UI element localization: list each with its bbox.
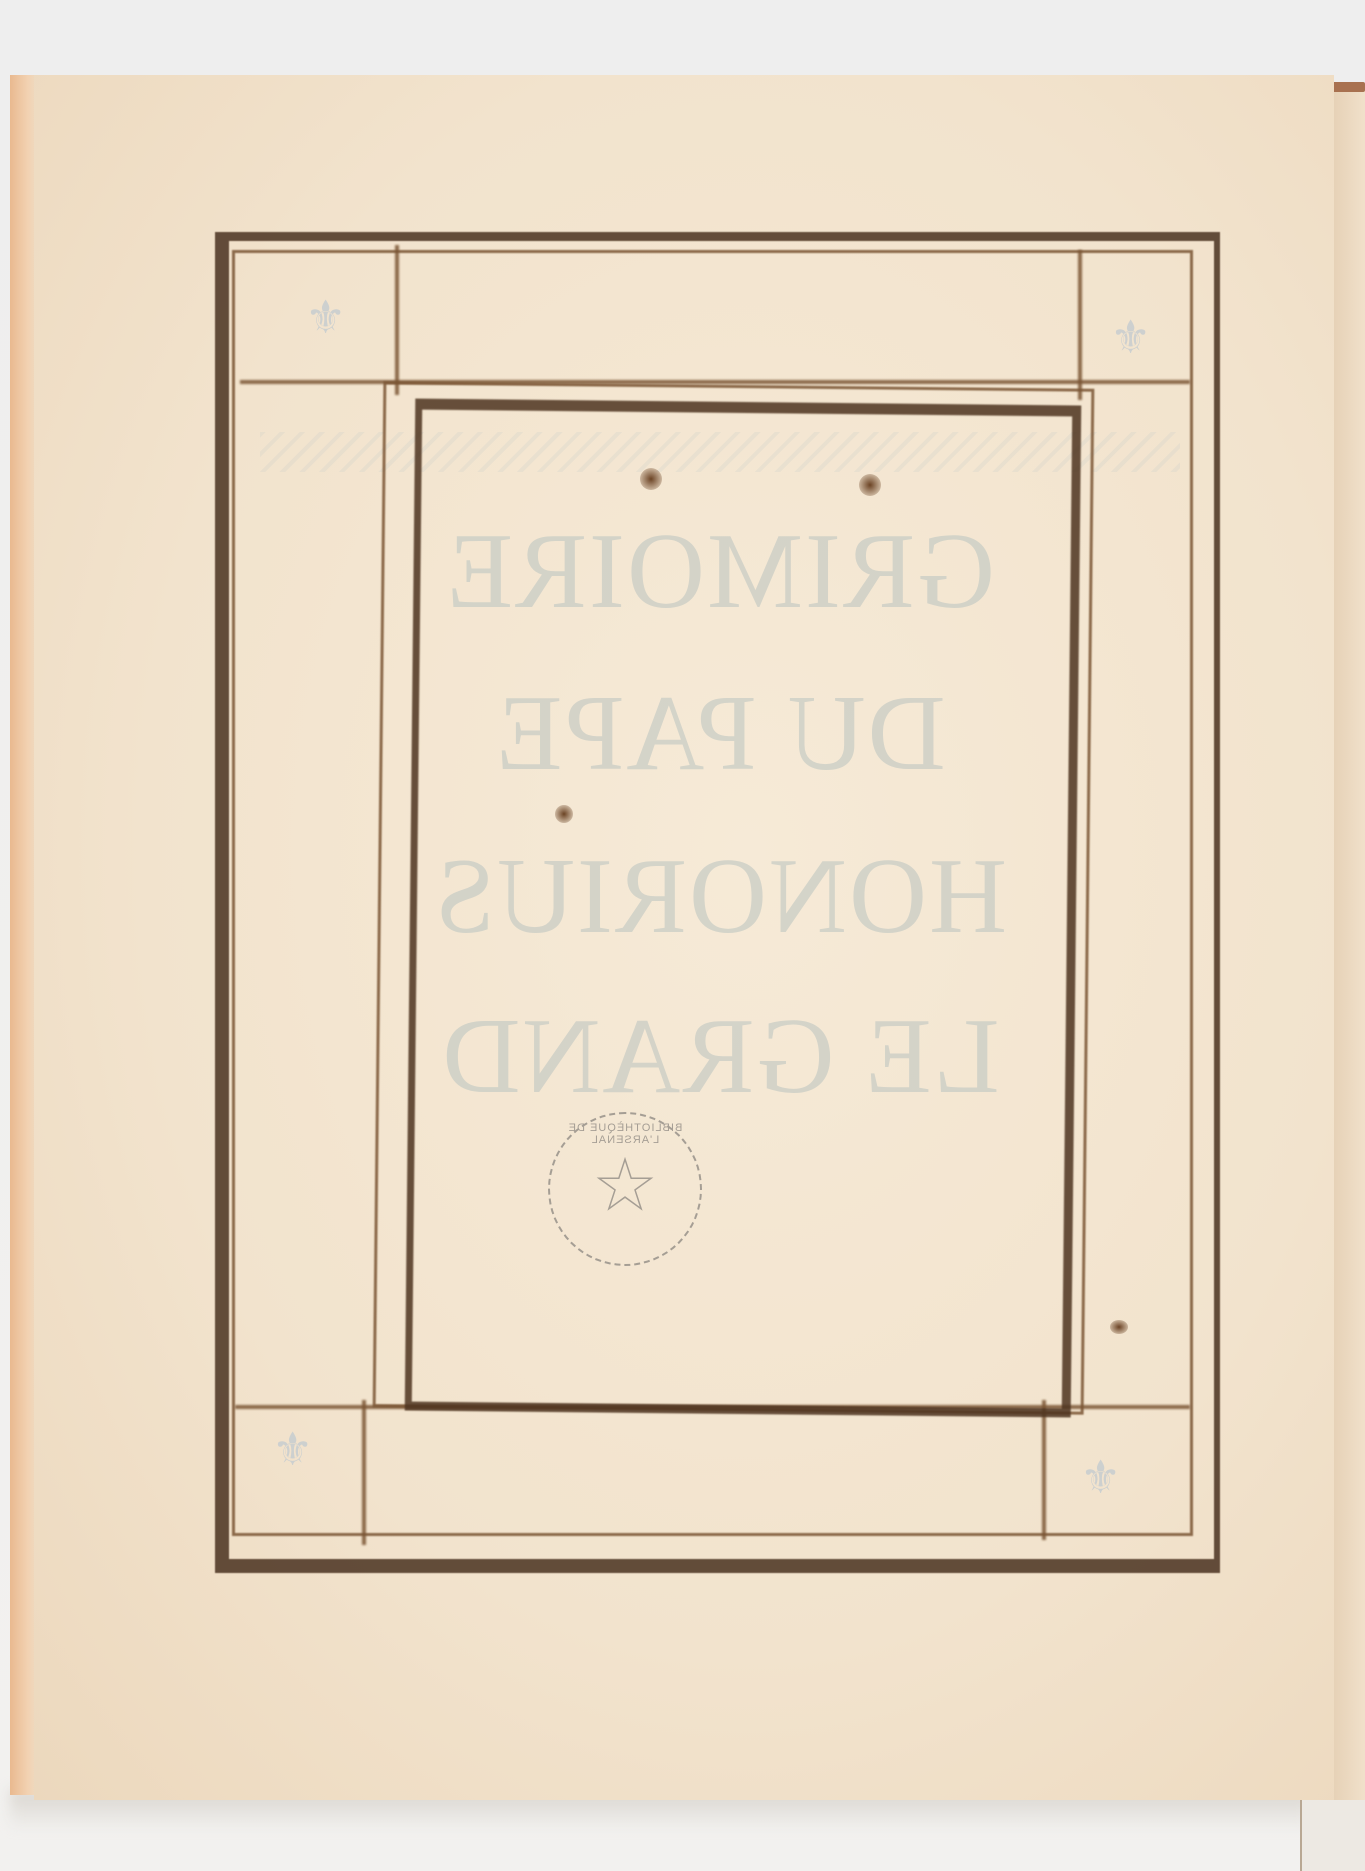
- frame-corner-rule: [395, 245, 399, 395]
- fleur-de-lis-icon: ⚜: [1080, 1450, 1121, 1504]
- title-line-1: GRIMOIRE: [400, 510, 1040, 634]
- fleur-de-lis-icon: ⚜: [1110, 310, 1151, 364]
- foxing-spot: [640, 468, 662, 490]
- title-line-3: HONORIUS: [400, 835, 1040, 959]
- fleur-de-lis-icon: ⚜: [305, 290, 346, 344]
- foxing-spot: [859, 474, 881, 496]
- library-stamp: BIBLIOTHÈQUE DE L'ARSENAL ★: [548, 1112, 702, 1266]
- foxing-spot: [555, 805, 573, 823]
- title-line-4: LE GRAND: [400, 995, 1040, 1119]
- foxing-spot: [1110, 1320, 1128, 1334]
- frame-corner-rule: [362, 1400, 366, 1545]
- frame-corner-rule: [1042, 1400, 1046, 1540]
- stamp-text: BIBLIOTHÈQUE DE L'ARSENAL: [550, 1122, 700, 1146]
- fleur-de-lis-icon: ⚜: [272, 1422, 313, 1476]
- cover-edge: [1300, 1800, 1365, 1871]
- star-icon: ★: [595, 1146, 656, 1225]
- frame-corner-rule: [1078, 250, 1082, 400]
- right-page-edge: [1332, 85, 1365, 1800]
- title-line-2: DU PAPE: [400, 672, 1040, 796]
